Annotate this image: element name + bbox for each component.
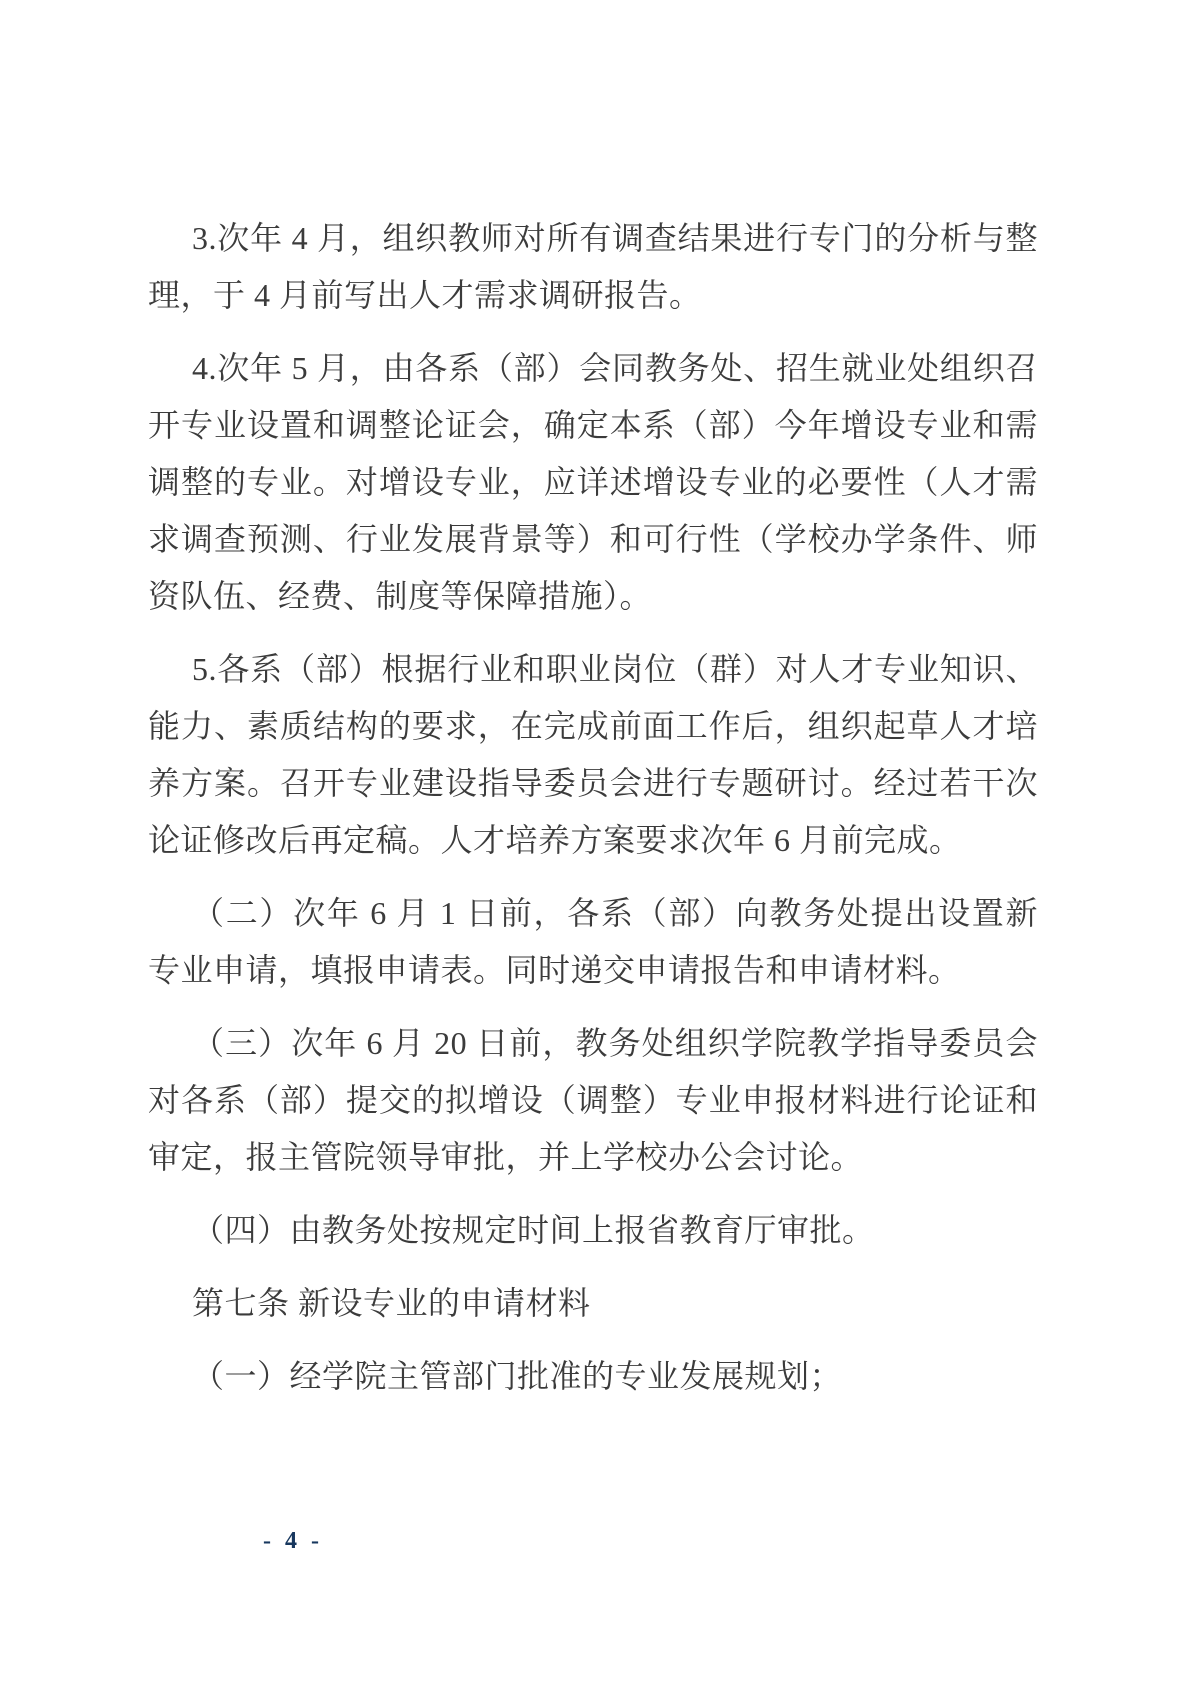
paragraph: （一）经学院主管部门批准的专业发展规划； <box>148 1348 1038 1405</box>
paragraph: （四）由教务处按规定时间上报省教育厅审批。 <box>148 1202 1038 1259</box>
page-number: - 4 - <box>148 1528 438 1555</box>
paragraph: （三）次年 6 月 20 日前，教务处组织学院教学指导委员会对各系（部）提交的拟… <box>148 1015 1038 1186</box>
paragraph: 3.次年 4 月，组织教师对所有调查结果进行专门的分析与整理，于 4 月前写出人… <box>148 210 1038 324</box>
paragraph: 第七条 新设专业的申请材料 <box>148 1275 1038 1332</box>
document-page: 3.次年 4 月，组织教师对所有调查结果进行专门的分析与整理，于 4 月前写出人… <box>0 0 1190 1683</box>
document-body: 3.次年 4 月，组织教师对所有调查结果进行专门的分析与整理，于 4 月前写出人… <box>148 210 1038 1421</box>
paragraph: 4.次年 5 月，由各系（部）会同教务处、招生就业处组织召开专业设置和调整论证会… <box>148 340 1038 625</box>
paragraph: （二）次年 6 月 1 日前，各系（部）向教务处提出设置新专业申请，填报申请表。… <box>148 885 1038 999</box>
paragraph: 5.各系（部）根据行业和职业岗位（群）对人才专业知识、能力、素质结构的要求，在完… <box>148 641 1038 869</box>
